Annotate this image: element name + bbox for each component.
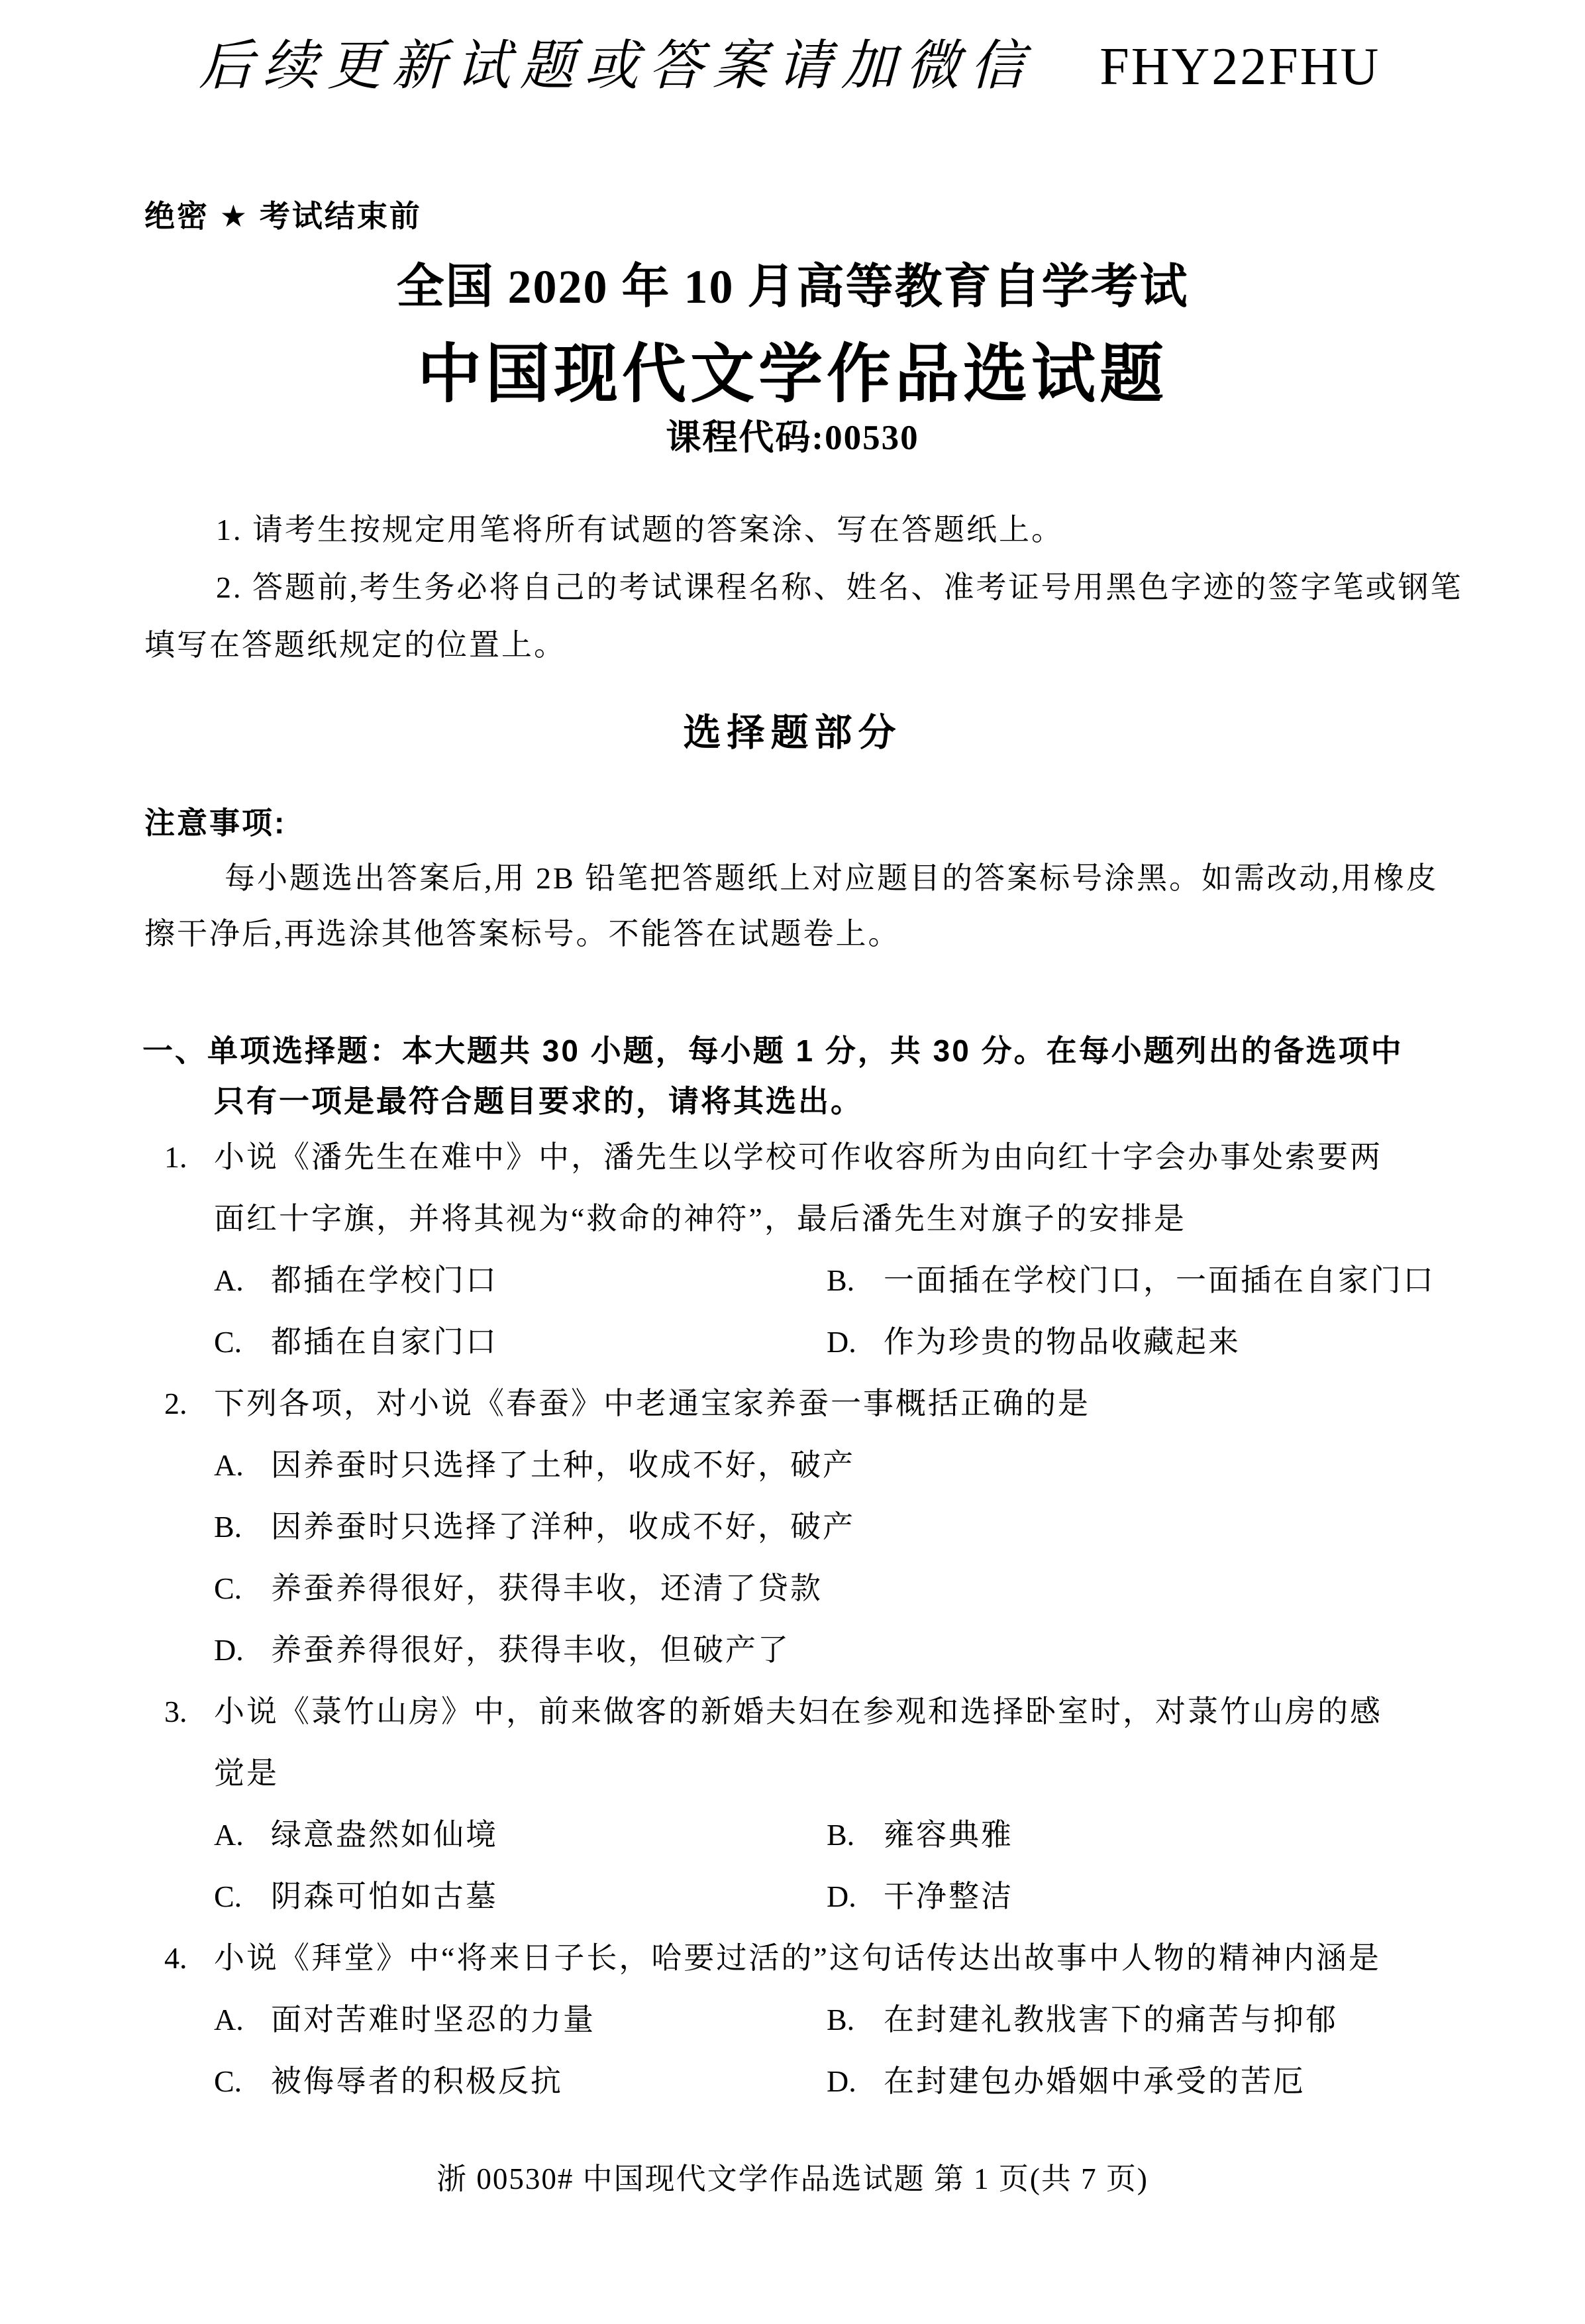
option-c-label: C. [214, 1866, 271, 1927]
part1-heading-line-1: 一、单项选择题：本大题共 30 小题，每小题 1 分，共 30 分。在每小题列出… [142, 1026, 1480, 1076]
question-1-options-row-2: C.都插在自家门口 D.作为珍贵的物品收藏起来 [0, 1311, 1585, 1373]
exam-title: 全国 2020 年 10 月高等教育自学考试 [0, 248, 1585, 317]
option-a-label: A. [214, 1804, 271, 1866]
question-1-number: 1. [164, 1126, 187, 1188]
question-1-option-c: C.都插在自家门口 [214, 1325, 498, 1359]
question-4-options-row-2: C.被侮辱者的积极反抗 D.在封建包办婚姻中承受的苦厄 [0, 2050, 1585, 2112]
option-b-label: B. [214, 1496, 271, 1558]
exam-paper-page: 后续更新试题或答案请加微信 FHY22FHU 绝密 ★ 考试结束前 全国 202… [0, 0, 1585, 2324]
instruction-item-2-line-2: 填写在答题纸规定的位置上。 [144, 616, 1469, 674]
question-2-option-c: C.养蚕养得很好，获得丰收，还清了贷款 [0, 1558, 1585, 1619]
question-list: 1. 小说《潘先生在难中》中，潘先生以学校可作收容所为由向红十字会办事处索要两 … [0, 1126, 1585, 2112]
classification-line: 绝密 ★ 考试结束前 [144, 192, 422, 236]
option-a-label: A. [214, 1434, 271, 1496]
option-b-text: 雍容典雅 [884, 1818, 1013, 1852]
notice-block: 注意事项: 每小题选出答案后,用 2B 铅笔把答题纸上对应题目的答案标号涂黑。如… [144, 795, 1472, 962]
general-instructions: 1. 请考生按规定用笔将所有试题的答案涂、写在答题纸上。 2. 答题前,考生务必… [144, 501, 1469, 674]
option-d-label: D. [827, 2050, 884, 2112]
question-1-option-a: A.都插在学校门口 [214, 1263, 498, 1297]
subject-title: 中国现代文学作品选试题 [0, 322, 1585, 415]
option-a-text: 绿意盎然如仙境 [271, 1818, 498, 1852]
question-2-number: 2. [164, 1373, 187, 1434]
promo-wechat-code: FHY22FHU [1099, 37, 1380, 97]
option-d-text: 在封建包办婚姻中承受的苦厄 [884, 2064, 1305, 2098]
question-2-stem-text: 下列各项，对小说《春蚕》中老通宝家养蚕一事概括正确的是 [214, 1387, 1090, 1420]
question-2-option-a: A.因养蚕时只选择了土种，收成不好，破产 [0, 1434, 1585, 1496]
option-c-text: 阴森可怕如古墓 [271, 1879, 498, 1913]
notice-line-2: 擦干净后,再选涂其他答案标号。不能答在试题卷上。 [144, 906, 1472, 962]
option-d-label: D. [214, 1619, 271, 1681]
option-b-text: 一面插在学校门口，一面插在自家门口 [884, 1263, 1435, 1297]
question-1: 1. 小说《潘先生在难中》中，潘先生以学校可作收容所为由向红十字会办事处索要两 … [0, 1126, 1585, 1373]
star-icon: ★ [220, 199, 249, 233]
question-1-options-row-1: A.都插在学校门口 B.一面插在学校门口，一面插在自家门口 [0, 1249, 1585, 1311]
section-title: 选择题部分 [0, 702, 1585, 757]
option-c-label: C. [214, 2050, 271, 2112]
page-footer: 浙 00530# 中国现代文学作品选试题 第 1 页(共 7 页) [0, 2154, 1585, 2197]
question-4-option-c: C.被侮辱者的积极反抗 [214, 2064, 563, 2098]
question-3-options-row-1: A.绿意盎然如仙境 B.雍容典雅 [0, 1804, 1585, 1866]
option-b-label: B. [827, 1804, 884, 1866]
question-3-stem-line-2: 觉是 [0, 1742, 1585, 1804]
question-3-number: 3. [164, 1681, 187, 1742]
question-1-option-d: D.作为珍贵的物品收藏起来 [827, 1311, 1241, 1373]
instruction-item-1: 1. 请考生按规定用笔将所有试题的答案涂、写在答题纸上。 [144, 501, 1469, 558]
question-1-stem-text: 小说《潘先生在难中》中，潘先生以学校可作收容所为由向红十字会办事处索要两 [214, 1140, 1382, 1174]
option-b-label: B. [827, 1989, 884, 2050]
question-4-option-d: D.在封建包办婚姻中承受的苦厄 [827, 2050, 1305, 2112]
option-c-text: 都插在自家门口 [271, 1325, 498, 1359]
option-c-label: C. [214, 1558, 271, 1619]
question-1-stem-line-1: 1. 小说《潘先生在难中》中，潘先生以学校可作收容所为由向红十字会办事处索要两 [0, 1126, 1585, 1188]
part1-heading-line-2: 只有一项是最符合题目要求的，请将其选出。 [142, 1076, 1480, 1126]
option-a-label: A. [214, 1989, 271, 2050]
classification-label: 绝密 [144, 199, 209, 233]
option-d-label: D. [827, 1311, 884, 1373]
instruction-item-2-line-1: 2. 答题前,考生务必将自己的考试课程名称、姓名、准考证号用黑色字迹的签字笔或钢… [144, 558, 1469, 616]
option-b-text: 因养蚕时只选择了洋种，收成不好，破产 [271, 1510, 855, 1544]
question-1-stem-line-2: 面红十字旗，并将其视为“救命的神符”，最后潘先生对旗子的安排是 [0, 1188, 1585, 1249]
option-d-label: D. [827, 1866, 884, 1927]
question-2-option-b: B.因养蚕时只选择了洋种，收成不好，破产 [0, 1496, 1585, 1558]
option-a-text: 都插在学校门口 [271, 1263, 498, 1297]
question-3-option-d: D.干净整洁 [827, 1866, 1013, 1927]
promo-watermark: 后续更新试题或答案请加微信 FHY22FHU [0, 23, 1585, 100]
promo-watermark-text: 后续更新试题或答案请加微信 [194, 23, 1050, 100]
question-1-option-b: B.一面插在学校门口，一面插在自家门口 [827, 1249, 1435, 1311]
question-4-stem: 4. 小说《拜堂》中“将来日子长，哈要过活的”这句话传达出故事中人物的精神内涵是 [0, 1927, 1585, 1989]
option-b-label: B. [827, 1249, 884, 1311]
question-3-options-row-2: C.阴森可怕如古墓 D.干净整洁 [0, 1866, 1585, 1927]
question-2: 2. 下列各项，对小说《春蚕》中老通宝家养蚕一事概括正确的是 A.因养蚕时只选择… [0, 1373, 1585, 1681]
classification-period: 考试结束前 [260, 199, 422, 233]
option-b-text: 在封建礼教戕害下的痛苦与抑郁 [884, 2003, 1338, 2036]
option-d-text: 养蚕养得很好，获得丰收，但破产了 [271, 1633, 790, 1667]
option-d-text: 干净整洁 [884, 1879, 1013, 1913]
question-3: 3. 小说《菉竹山房》中，前来做客的新婚夫妇在参观和选择卧室时，对菉竹山房的感 … [0, 1681, 1585, 1927]
question-4-option-b: B.在封建礼教戕害下的痛苦与抑郁 [827, 1989, 1338, 2050]
option-d-text: 作为珍贵的物品收藏起来 [884, 1325, 1241, 1359]
question-3-option-b: B.雍容典雅 [827, 1804, 1013, 1866]
option-c-text: 养蚕养得很好，获得丰收，还清了贷款 [271, 1571, 823, 1605]
option-a-text: 因养蚕时只选择了土种，收成不好，破产 [271, 1448, 855, 1482]
notice-line-1: 每小题选出答案后,用 2B 铅笔把答题纸上对应题目的答案标号涂黑。如需改动,用橡… [144, 851, 1472, 906]
question-4: 4. 小说《拜堂》中“将来日子长，哈要过活的”这句话传达出故事中人物的精神内涵是… [0, 1927, 1585, 2112]
question-3-stem-line-1: 3. 小说《菉竹山房》中，前来做客的新婚夫妇在参观和选择卧室时，对菉竹山房的感 [0, 1681, 1585, 1742]
question-3-stem-text: 小说《菉竹山房》中，前来做客的新婚夫妇在参观和选择卧室时，对菉竹山房的感 [214, 1695, 1382, 1728]
question-4-stem-text: 小说《拜堂》中“将来日子长，哈要过活的”这句话传达出故事中人物的精神内涵是 [214, 1941, 1381, 1975]
question-2-option-d: D.养蚕养得很好，获得丰收，但破产了 [0, 1619, 1585, 1681]
option-a-label: A. [214, 1249, 271, 1311]
question-4-number: 4. [164, 1927, 187, 1989]
part1-heading: 一、单项选择题：本大题共 30 小题，每小题 1 分，共 30 分。在每小题列出… [142, 1026, 1480, 1126]
question-4-options-row-1: A.面对苦难时坚忍的力量 B.在封建礼教戕害下的痛苦与抑郁 [0, 1989, 1585, 2050]
question-2-stem: 2. 下列各项，对小说《春蚕》中老通宝家养蚕一事概括正确的是 [0, 1373, 1585, 1434]
option-c-text: 被侮辱者的积极反抗 [271, 2064, 563, 2098]
question-3-option-c: C.阴森可怕如古墓 [214, 1879, 498, 1913]
notice-label: 注意事项: [144, 795, 1472, 851]
course-code: 课程代码:00530 [0, 409, 1585, 460]
option-c-label: C. [214, 1311, 271, 1373]
option-a-text: 面对苦难时坚忍的力量 [271, 2003, 595, 2036]
question-3-option-a: A.绿意盎然如仙境 [214, 1818, 498, 1852]
question-4-option-a: A.面对苦难时坚忍的力量 [214, 2003, 595, 2036]
